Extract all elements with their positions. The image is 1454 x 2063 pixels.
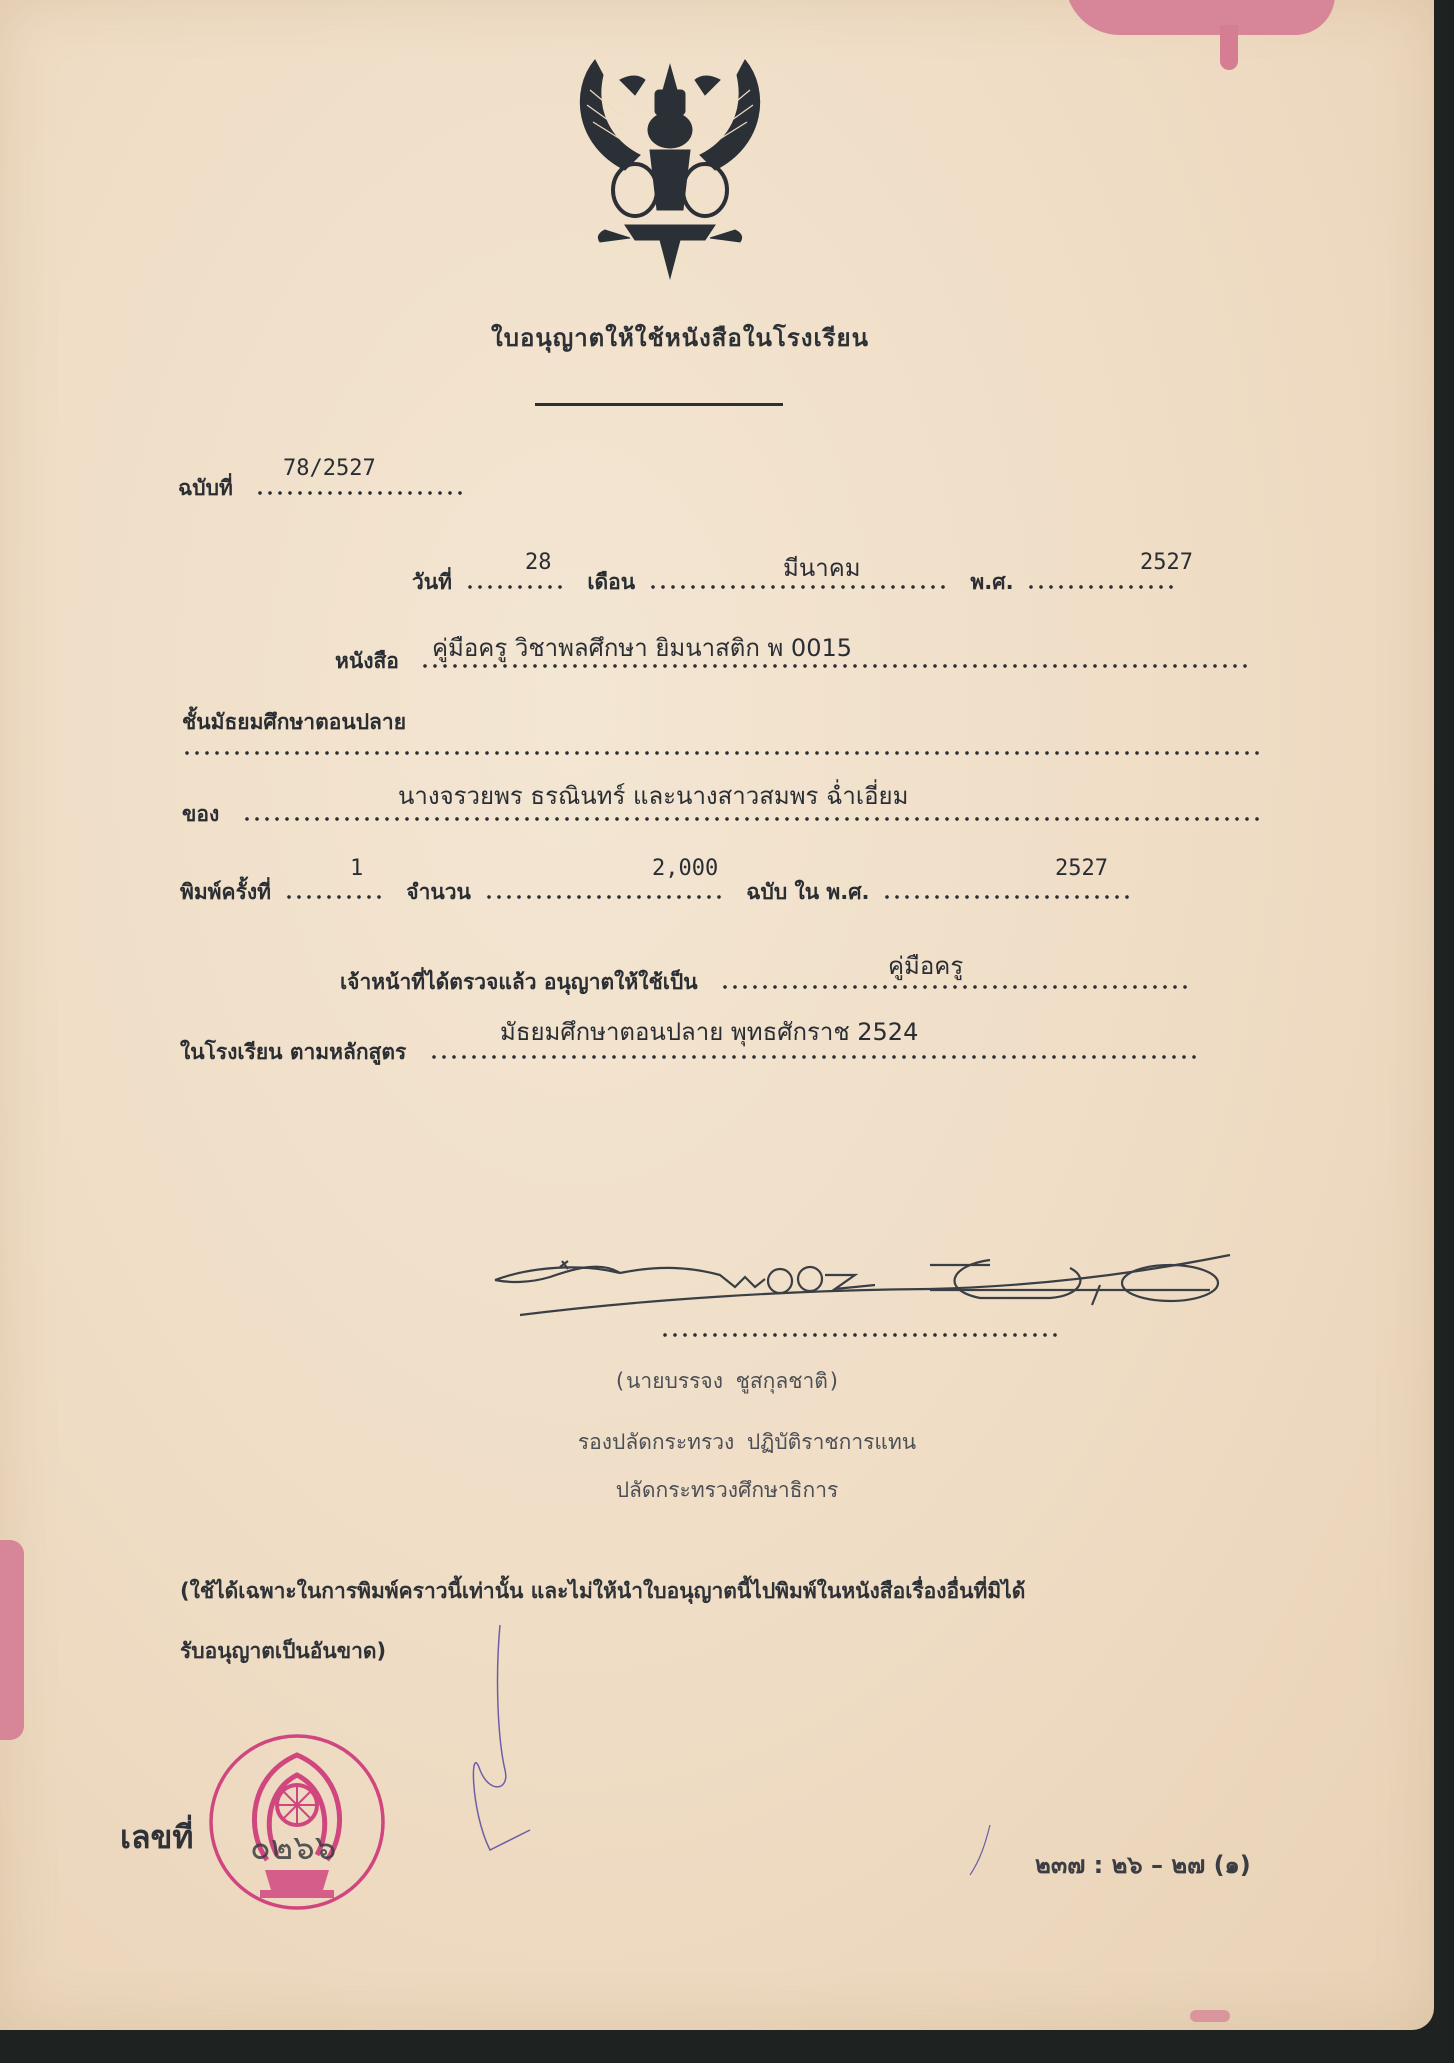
signature-dotted-line bbox=[660, 1318, 1060, 1342]
edition-value: 1 bbox=[350, 856, 363, 881]
dotted-line bbox=[242, 817, 1262, 821]
document-title: ใบอนุญาตให้ใช้หนังสือในโรงเรียน bbox=[0, 318, 1360, 357]
ink-stain-left bbox=[0, 1540, 24, 1740]
owner-label: ของ bbox=[182, 802, 219, 826]
dotted-line bbox=[429, 1055, 1199, 1059]
approval-label: เจ้าหน้าที่ได้ตรวจแล้ว อนุญาตให้ใช้เป็น bbox=[340, 970, 698, 994]
dotted-line bbox=[720, 985, 1190, 989]
dotted-line bbox=[255, 491, 465, 495]
print-year-value: 2527 bbox=[1055, 856, 1108, 881]
dotted-line bbox=[484, 895, 724, 899]
signer-position-line1: รองปลัดกระทรวง ปฏิบัติราชการแทน bbox=[20, 1426, 1454, 1459]
dotted-line bbox=[1026, 585, 1176, 589]
reference-code: ๒๓๗ : ๒๖ – ๒๗ (๑) bbox=[1035, 1845, 1251, 1884]
serial-value: ๐๒๖๖ bbox=[250, 1820, 336, 1874]
document-page: ใบอนุญาตให้ใช้หนังสือในโรงเรียน ฉบับที่ … bbox=[0, 0, 1434, 2030]
curriculum-value: มัธยมศึกษาตอนปลาย พุทธศักราช 2524 bbox=[500, 1012, 918, 1051]
ink-stain bbox=[1065, 0, 1335, 35]
signature bbox=[490, 1245, 1250, 1325]
owner-value: นางจรวยพร ธรณินทร์ และนางสาวสมพร ฉ่ำเอี่… bbox=[398, 776, 908, 815]
signer-position-line2: ปลัดกระทรวงศึกษาธิการ bbox=[0, 1474, 1454, 1507]
curriculum-label: ในโรงเรียน ตามหลักสูตร bbox=[180, 1040, 406, 1064]
usage-note-line1: (ใช้ได้เฉพาะในการพิมพ์คราวนี้เท่านั้น แล… bbox=[180, 1575, 1025, 1608]
book-title-value: คู่มือครู วิชาพลศึกษา ยิมนาสติก พ 0015 bbox=[432, 628, 852, 667]
serial-label: เลขที่ bbox=[120, 1812, 194, 1863]
ink-stain-bottom bbox=[1190, 2010, 1230, 2022]
dotted-line bbox=[284, 895, 384, 899]
month-label: เดือน bbox=[587, 570, 635, 594]
book-label: หนังสือ bbox=[335, 649, 399, 673]
issue-label: ฉบับที่ bbox=[178, 476, 233, 500]
garuda-emblem-icon bbox=[565, 50, 775, 280]
book-level-value: ชั้นมัธยมศึกษาตอนปลาย bbox=[182, 710, 406, 734]
pen-mark bbox=[440, 1620, 560, 1900]
quantity-value: 2,000 bbox=[652, 856, 718, 881]
pen-mark bbox=[960, 1820, 1010, 1880]
usage-note-line2: รับอนุญาตเป็นอันขาด) bbox=[180, 1635, 386, 1668]
issue-number-value: 78/2527 bbox=[283, 456, 376, 481]
edition-label: พิมพ์ครั้งที่ bbox=[180, 880, 271, 904]
year-value: 2527 bbox=[1140, 550, 1193, 575]
approval-field: เจ้าหน้าที่ได้ตรวจแล้ว อนุญาตให้ใช้เป็น bbox=[340, 966, 1190, 999]
approval-value: คู่มือครู bbox=[888, 946, 963, 985]
copies-label: ฉบับ ใน พ.ศ. bbox=[746, 880, 869, 904]
quantity-label: จำนวน bbox=[406, 880, 471, 904]
month-value: มีนาคม bbox=[783, 548, 861, 587]
year-label: พ.ศ. bbox=[970, 570, 1013, 594]
day-value: 28 bbox=[525, 550, 552, 575]
day-label: วันที่ bbox=[412, 570, 452, 594]
dotted-line bbox=[182, 736, 1262, 760]
dotted-line bbox=[465, 585, 565, 589]
signer-name: (นายบรรจง ชูสกุลชาติ) bbox=[0, 1365, 1454, 1398]
book-level-field: ชั้นมัธยมศึกษาตอนปลาย bbox=[182, 706, 406, 739]
title-underline bbox=[535, 403, 783, 406]
dotted-line bbox=[882, 895, 1132, 899]
ink-stain-drip bbox=[1220, 25, 1238, 70]
